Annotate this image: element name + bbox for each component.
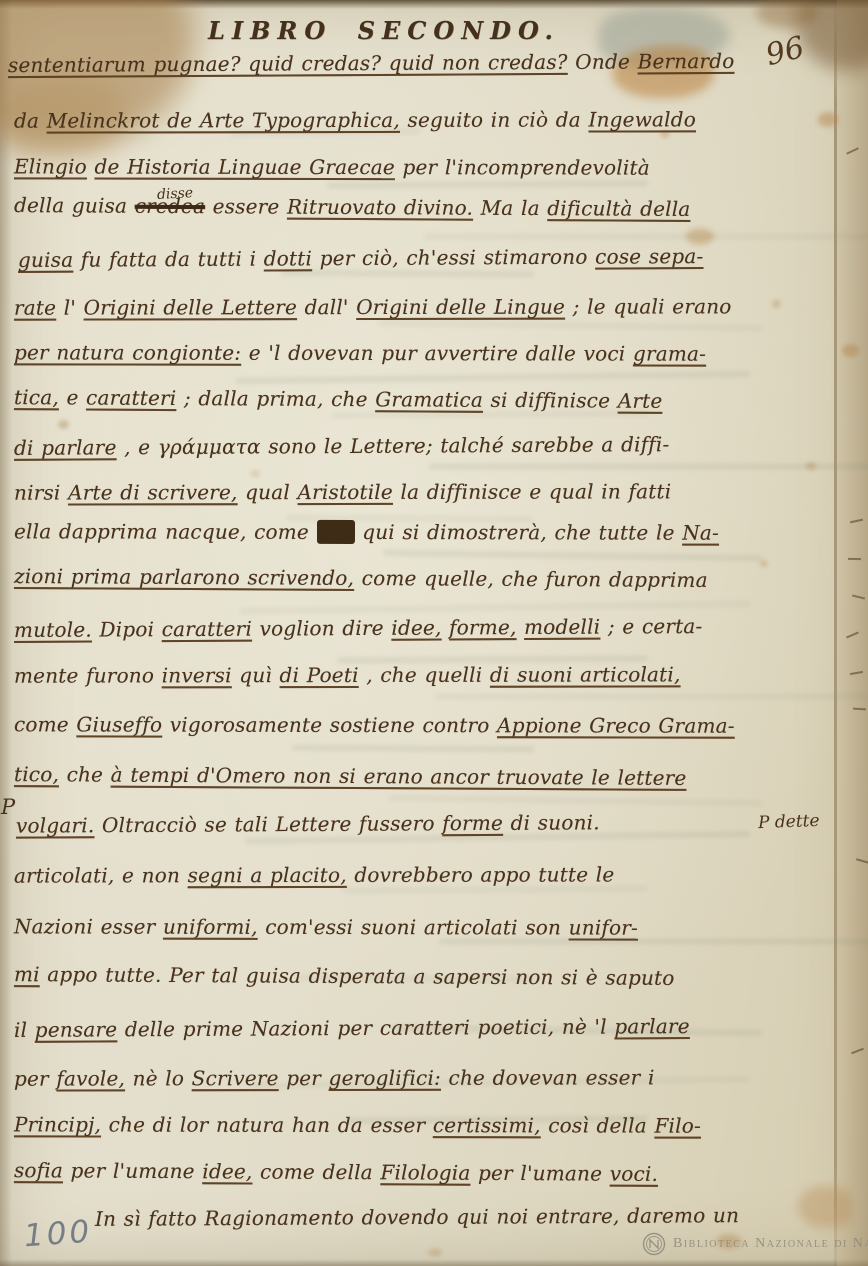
manuscript-text-segment: Scrivere — [192, 1066, 279, 1090]
manuscript-text-segment: mente furono — [14, 663, 154, 687]
manuscript-text-segment: nirsi — [14, 481, 61, 505]
manuscript-text-segment: della guisa — [14, 193, 127, 218]
manuscript-text-segment: modelli — [524, 615, 600, 639]
manuscript-text-segment: Appione Greco Grama- — [497, 713, 735, 737]
manuscript-text-segment: voci. — [610, 1162, 658, 1186]
manuscript-line: per natura congionte: e 'l dovevan pur a… — [14, 339, 706, 366]
manuscript-text-segment: tico, — [14, 762, 59, 786]
pencil-foliation-number: 100 — [23, 1214, 94, 1255]
manuscript-text-segment: di parlare — [14, 435, 117, 460]
manuscript-text-segment: Origini delle Lingue — [356, 295, 565, 319]
manuscript-text-segment: Oltracciò se tali Lettere fussero — [102, 811, 435, 837]
manuscript-text-segment: la diffinisce e qual in fatti — [400, 479, 671, 504]
folio-number: 96 — [762, 30, 808, 73]
manuscript-line: sofia per l'umane idee, come della Filol… — [14, 1157, 658, 1187]
manuscript-text-segment: mi — [14, 962, 40, 986]
manuscript-text-segment: segni a placito, — [188, 863, 347, 887]
manuscript-text-segment: per ciò, ch'essi stimarono — [320, 245, 588, 271]
manuscript-text-segment: , che quelli — [366, 663, 482, 687]
manuscript-text-segment: volgari. — [16, 813, 95, 837]
bleedthrough-line — [383, 550, 762, 560]
page-top-edge — [0, 0, 868, 9]
manuscript-text-segment: Dipoi — [99, 617, 154, 641]
manuscript-text-segment: certissimi, — [433, 1113, 541, 1137]
manuscript-text-segment: Bernardo — [637, 49, 734, 74]
manuscript-line: In sì fatto Ragionamento dovendo qui noi… — [95, 1202, 739, 1232]
manuscript-line: della guisa credea essere Ritruovato div… — [14, 192, 691, 222]
manuscript-text-segment: inversi — [162, 663, 232, 687]
manuscript-text-segment: grama- — [633, 342, 706, 366]
manuscript-text-segment: ; e certa- — [608, 614, 703, 639]
manuscript-text-segment: à tempi d'Omero non si erano ancor truov… — [111, 763, 687, 790]
manuscript-text-segment: Origini delle Lettere — [84, 295, 297, 319]
manuscript-text-segment: Filo- — [654, 1114, 701, 1138]
manuscript-line: articolati, e non segni a placito, dovre… — [14, 861, 614, 888]
manuscript-text-segment: di suoni articolati, — [490, 662, 681, 686]
library-stamp-icon — [642, 1232, 666, 1256]
left-margin-insert-mark: P — [1, 795, 15, 819]
bleedthrough-line — [388, 795, 762, 805]
manuscript-text-segment: mutole. — [14, 618, 92, 642]
paper-stain — [806, 462, 816, 470]
manuscript-line: Elingio de Historia Linguae Graecae per … — [14, 153, 650, 180]
manuscript-text-segment: rate — [14, 296, 56, 320]
manuscript-text-segment: Gramatica — [375, 387, 483, 412]
manuscript-text-segment: che dovevan esser i — [449, 1065, 655, 1089]
bleedthrough-line — [434, 694, 868, 699]
interline-correction: disse — [157, 185, 194, 203]
bleedthrough-line — [235, 371, 750, 383]
paper-stain — [772, 300, 781, 308]
right-margin-note: P dette — [758, 811, 820, 833]
manuscript-text-segment: come quelle, che furon dapprima — [362, 566, 708, 592]
manuscript-line: mente furono inversi quì di Poeti , che … — [14, 661, 681, 688]
manuscript-text-segment: Melinckrot de Arte Typographica, — [47, 108, 400, 133]
manuscript-text-segment: sententiarum pugnae? quid credas? quid n… — [8, 50, 568, 77]
manuscript-line: sententiarum pugnae? quid credas? quid n… — [8, 48, 735, 78]
manuscript-text-segment: idee, — [202, 1159, 252, 1183]
manuscript-text-segment: quì — [239, 663, 272, 687]
paper-stain — [58, 420, 69, 429]
manuscript-text-segment: seguito in ciò da — [408, 108, 581, 132]
manuscript-text-segment: per l'umane — [71, 1158, 195, 1183]
manuscript-text-segment: Aristotile — [297, 480, 392, 504]
manuscript-line: zioni prima parlarono scrivendo, come qu… — [14, 563, 708, 593]
manuscript-text-segment: delle prime Nazioni per caratteri poetic… — [125, 1015, 607, 1042]
manuscript-text-segment: fu fatta da tutti i — [81, 247, 256, 272]
manuscript-text-segment: favole, — [56, 1066, 125, 1090]
manuscript-line: come Giuseffo vigorosamente sostiene con… — [14, 711, 735, 738]
manuscript-text-segment: e — [66, 385, 78, 409]
manuscript-text-segment: e 'l dovevan pur avvertire dalle voci — [249, 341, 626, 366]
paper-stain — [760, 560, 768, 567]
manuscript-line: guisa fu fatta da tutti i dotti per ciò,… — [18, 243, 704, 273]
manuscript-line: tico, che à tempi d'Omero non si erano a… — [14, 761, 687, 791]
manuscript-text-segment: di Poeti — [280, 663, 359, 687]
manuscript-line: rate l' Origini delle Lettere dall' Orig… — [14, 293, 732, 320]
manuscript-line: ella dapprima nacque, come ora qui si di… — [14, 518, 719, 545]
bleedthrough-line — [429, 464, 868, 469]
manuscript-text-segment: caratteri — [86, 386, 176, 411]
manuscript-line: mutole. Dipoi caratteri voglion dire ide… — [14, 613, 703, 643]
page-fold-line — [834, 0, 837, 1266]
manuscript-text-segment: sofia — [14, 1158, 63, 1182]
manuscript-text-segment: da — [14, 109, 39, 133]
manuscript-text-segment: come — [14, 712, 69, 736]
manuscript-scan-page: LIBRO SECONDO. 96 sententiarum pugnae? q… — [0, 0, 868, 1266]
manuscript-text-segment: Onde — [575, 50, 630, 74]
bleedthrough-line — [240, 601, 750, 613]
paper-stain — [428, 1248, 442, 1257]
manuscript-line: da Melinckrot de Arte Typographica, segu… — [14, 106, 696, 133]
manuscript-line: volgari. Oltracciò se tali Lettere fusse… — [16, 809, 600, 838]
manuscript-text-segment: si diffinisce — [490, 388, 610, 413]
manuscript-line: nirsi Arte di scrivere, qual Aristotile … — [14, 478, 671, 505]
page-bottom-edge — [0, 1259, 868, 1266]
manuscript-text-segment: idee, — [391, 616, 441, 640]
manuscript-text-segment: l' — [64, 296, 76, 320]
manuscript-text-segment: qual — [245, 480, 290, 504]
manuscript-text-segment: essere — [213, 194, 280, 218]
bleedthrough-line — [378, 320, 762, 330]
manuscript-text-segment: che di lor natura han da esser — [109, 1113, 426, 1138]
manuscript-text-segment: geroglifici: — [329, 1066, 441, 1090]
manuscript-text-segment: de Historia Linguae Graecae — [94, 155, 394, 180]
manuscript-line: per favole, nè lo Scrivere per geroglifi… — [14, 1064, 655, 1091]
manuscript-line: il pensare delle prime Nazioni per carat… — [14, 1013, 690, 1043]
page-left-edge-shadow — [0, 0, 12, 1266]
binding-edge-strip — [837, 0, 868, 1266]
library-stamp: Biblioteca Nazionale di Napoli — [642, 1232, 868, 1256]
manuscript-text-segment: vigorosamente sostiene contro — [170, 713, 490, 738]
manuscript-text-segment: così della — [548, 1113, 647, 1137]
manuscript-text-segment: Giuseffo — [76, 712, 162, 736]
manuscript-text-segment: articolati, e non — [14, 863, 180, 887]
manuscript-text-segment: per natura congionte: — [14, 340, 241, 364]
manuscript-text-segment: ; le quali erano — [573, 294, 732, 318]
manuscript-text-segment: tica, — [14, 385, 59, 409]
manuscript-text-segment: , e γράμματα sono le Lettere; talché sar… — [124, 432, 669, 459]
manuscript-text-segment: che — [67, 762, 104, 786]
manuscript-text-segment: Principj, — [14, 1112, 101, 1136]
manuscript-text-segment: per l'incomprendevolità — [402, 155, 649, 179]
manuscript-text-segment: per — [14, 1067, 49, 1091]
manuscript-text-segment: di suoni. — [511, 810, 600, 835]
manuscript-text-segment: caratteri — [162, 617, 252, 642]
manuscript-line: di parlare , e γράμματα sono le Lettere;… — [14, 431, 670, 461]
manuscript-text-segment: per l'umane — [478, 1161, 602, 1186]
manuscript-text-segment: Nazioni esser — [14, 914, 155, 938]
library-stamp-text: Biblioteca Nazionale di Napoli — [673, 1236, 868, 1252]
manuscript-text-segment: qui si dimostrerà, che tutte le — [362, 520, 674, 545]
manuscript-text-segment: dovrebbero appo tutte le — [354, 862, 614, 886]
manuscript-text-segment: parlare — [614, 1014, 690, 1038]
manuscript-text-segment: dall' — [305, 295, 349, 319]
manuscript-line: tica, e caratteri ; dalla prima, che Gra… — [14, 384, 663, 414]
paper-stain — [250, 470, 260, 477]
manuscript-line: Principj, che di lor natura han da esser… — [14, 1111, 701, 1138]
manuscript-text-segment: ; dalla prima, che — [184, 386, 368, 411]
manuscript-text-segment: dotti — [264, 246, 312, 270]
manuscript-text-segment: uniformi, — [163, 915, 258, 939]
manuscript-text-segment: Ritruovato divino. — [287, 195, 473, 220]
manuscript-text-segment: Elingio — [14, 154, 87, 178]
manuscript-text-segment: Filologia — [380, 1160, 470, 1185]
manuscript-text-segment: Ingewaldo — [588, 107, 696, 131]
manuscript-text-segment: Arte — [618, 389, 663, 413]
manuscript-text-segment: dificultà della — [547, 196, 690, 221]
manuscript-text-segment: cose sepa- — [595, 244, 703, 269]
bleedthrough-line — [424, 234, 868, 239]
inked-out-word: ora — [316, 520, 354, 544]
manuscript-text-segment: com'essi suoni articolati son — [265, 915, 561, 940]
manuscript-text-segment: nè lo — [133, 1066, 185, 1090]
bleedthrough-line — [327, 181, 648, 188]
manuscript-text-segment: In sì fatto Ragionamento dovendo qui noi… — [95, 1203, 739, 1231]
manuscript-text-segment: per — [286, 1066, 321, 1090]
manuscript-line: mi appo tutte. Per tal guisa disperata a… — [14, 961, 675, 991]
page-title: LIBRO SECONDO. — [208, 16, 560, 45]
manuscript-text-segment: come della — [260, 1160, 373, 1185]
manuscript-text-segment: ella dapprima nacque, come — [14, 519, 309, 544]
manuscript-text-segment: forme, — [449, 615, 517, 639]
bleedthrough-line — [291, 745, 534, 752]
manuscript-text-segment: Arte di scrivere, — [68, 480, 238, 504]
manuscript-text-segment: forme — [442, 811, 503, 835]
manuscript-text-segment: Ma la — [481, 196, 540, 220]
manuscript-text-segment: il — [14, 1018, 27, 1042]
manuscript-text-segment: Na- — [682, 521, 719, 545]
manuscript-text-segment: zioni prima parlarono scrivendo, — [14, 564, 354, 590]
manuscript-text-segment: unifor- — [569, 915, 638, 939]
manuscript-text-segment: guisa — [18, 248, 73, 272]
manuscript-text-segment: voglion dire — [259, 616, 383, 641]
manuscript-text-segment: pensare — [35, 1017, 118, 1041]
manuscript-line: Nazioni esser uniformi, com'essi suoni a… — [14, 913, 638, 940]
manuscript-text-segment: appo tutte. Per tal guisa disperata a sa… — [47, 962, 674, 990]
